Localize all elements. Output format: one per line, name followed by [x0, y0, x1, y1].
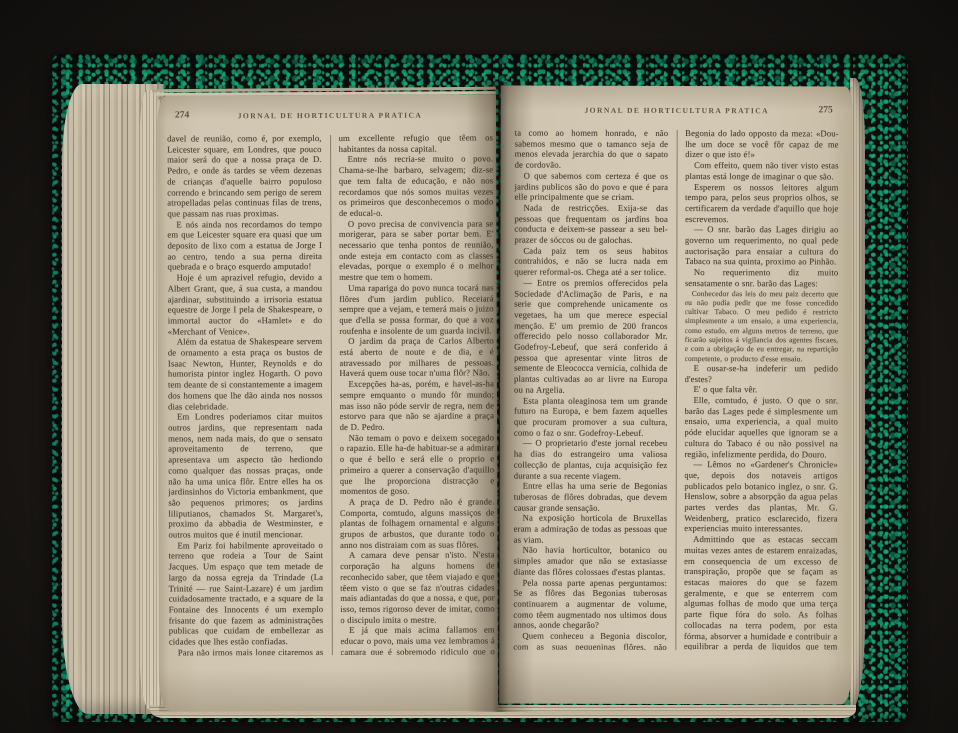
right-page-column-2: Begonia do lado opposto da meza: «Dou-lh…	[684, 128, 839, 650]
paragraph: Hoje é um aprazivel refugio, devido a Al…	[168, 272, 323, 337]
paragraph: Além da estatua de Shakespeare servem de…	[168, 336, 323, 411]
paragraph: Em Londres poderiamos citar muitos outro…	[168, 411, 323, 540]
right-page-header: JORNAL DE HORTICULTURA PRATICA 275	[515, 106, 839, 120]
paragraph: Entre ellas ha uma serie de Begonias tub…	[514, 481, 668, 514]
paragraph: Conhecedor das leis do meu paiz decerto …	[685, 289, 839, 364]
paragraph: E já que mais acima fallamos em educar o…	[340, 625, 495, 655]
right-page-column-1: ta como ao homem honrado, e não sabemos …	[513, 128, 668, 650]
paragraph: Nada de restricções. Exija-se das pessoa…	[514, 202, 668, 245]
paragraph: ta como ao homem honrado, e não sabemos …	[515, 128, 669, 171]
paragraph: — Lêmos no «Gardener's Chronicle» que, d…	[684, 459, 838, 534]
paragraph: Cada paiz tem os seus habitos contrahido…	[514, 245, 668, 278]
paragraph: Com effeito, quem não tiver visto estas …	[685, 160, 839, 182]
left-page-column-2: um excellente refugio que têem os habita…	[339, 132, 495, 655]
paragraph: Não havia horticultor, botanico ou simpl…	[514, 545, 668, 578]
left-running-title: JORNAL DE HORTICULTURA PRATICA	[167, 110, 493, 120]
photo-background: 274 JORNAL DE HORTICULTURA PRATICA davel…	[0, 0, 958, 733]
left-page-header: 274 JORNAL DE HORTICULTURA PRATICA	[167, 110, 493, 124]
right-running-title: JORNAL DE HORTICULTURA PRATICA	[515, 106, 839, 116]
paragraph: um excellente refugio que têem os habita…	[339, 132, 494, 154]
paragraph: O povo precisa de convivencia para se mo…	[339, 218, 494, 283]
right-page-text-block: ta como ao homem honrado, e não sabemos …	[513, 128, 838, 651]
paragraph: Entre nós recria-se muito o povo. Chama-…	[339, 154, 494, 219]
paragraph: A praça de D. Pedro não é grande. Compor…	[340, 496, 495, 550]
paragraph: Na exposição horticola de Bruxellas eram…	[514, 513, 668, 546]
paragraph: O jardim da praça de Carlos Alberto está…	[339, 336, 494, 379]
column-rule	[330, 135, 333, 655]
paragraph: Para não irmos mais longe citaremos as s…	[169, 647, 324, 656]
paragraph: Uma rapariga do povo nunca tocará nas fl…	[339, 282, 494, 336]
paragraph: E' o que falta vêr.	[684, 384, 838, 395]
paragraph: Excepções ha-as, porém, e havel-as-ha se…	[339, 379, 494, 433]
paragraph: E ousar-se-ha indeferir um pedido d'este…	[685, 363, 839, 385]
paragraph: davel de reunião, como é, por exemplo, L…	[167, 133, 322, 219]
left-page-column-1: davel de reunião, como é, por exemplo, L…	[167, 133, 323, 656]
paragraph: Não temam o povo e deixem socegado o rap…	[340, 432, 495, 497]
paragraph: Esta planta oleaginosa tem um grande fut…	[514, 395, 668, 438]
column-rule	[675, 130, 677, 650]
paragraph: — Entre os premios offerecidos pela Soci…	[514, 277, 668, 395]
paragraph: O que sabemos com certeza é que os jardi…	[515, 170, 669, 203]
paragraph: Admittindo que as estacas seccam muitas …	[684, 534, 838, 650]
right-page-number: 275	[818, 105, 832, 115]
paragraph: — O snr. barão das Lages dirigiu ao gove…	[685, 224, 839, 267]
right-page: JORNAL DE HORTICULTURA PRATICA 275 ta co…	[499, 86, 853, 705]
paragraph: Pela nossa parte apenas perguntamos: Se …	[513, 577, 667, 631]
left-page: 274 JORNAL DE HORTICULTURA PRATICA davel…	[157, 94, 498, 711]
paragraph: Elle, comtudo, é justo. O que o snr. bar…	[684, 395, 838, 460]
paragraph: A camara deve pensar n'isto. N'esta corp…	[340, 550, 495, 625]
paragraph: No requerimento diz muito sensatamente o…	[685, 267, 839, 289]
paragraph: Em Pariz foi habilmente aproveitado o te…	[168, 540, 323, 648]
left-page-text-block: davel de reunião, como é, por exemplo, L…	[167, 132, 495, 655]
paragraph: Quem conheceu a Begonia discolor, com as…	[513, 631, 667, 650]
paragraph: Begonia do lado opposto da meza: «Dou-lh…	[685, 128, 839, 161]
paragraph: E nós ainda nos recordamos do tempo em q…	[167, 219, 322, 273]
paragraph: — O proprietario d'este jornal recebeu h…	[514, 438, 668, 481]
paragraph: Esperem os nossos leitores algum tempo p…	[685, 182, 839, 225]
